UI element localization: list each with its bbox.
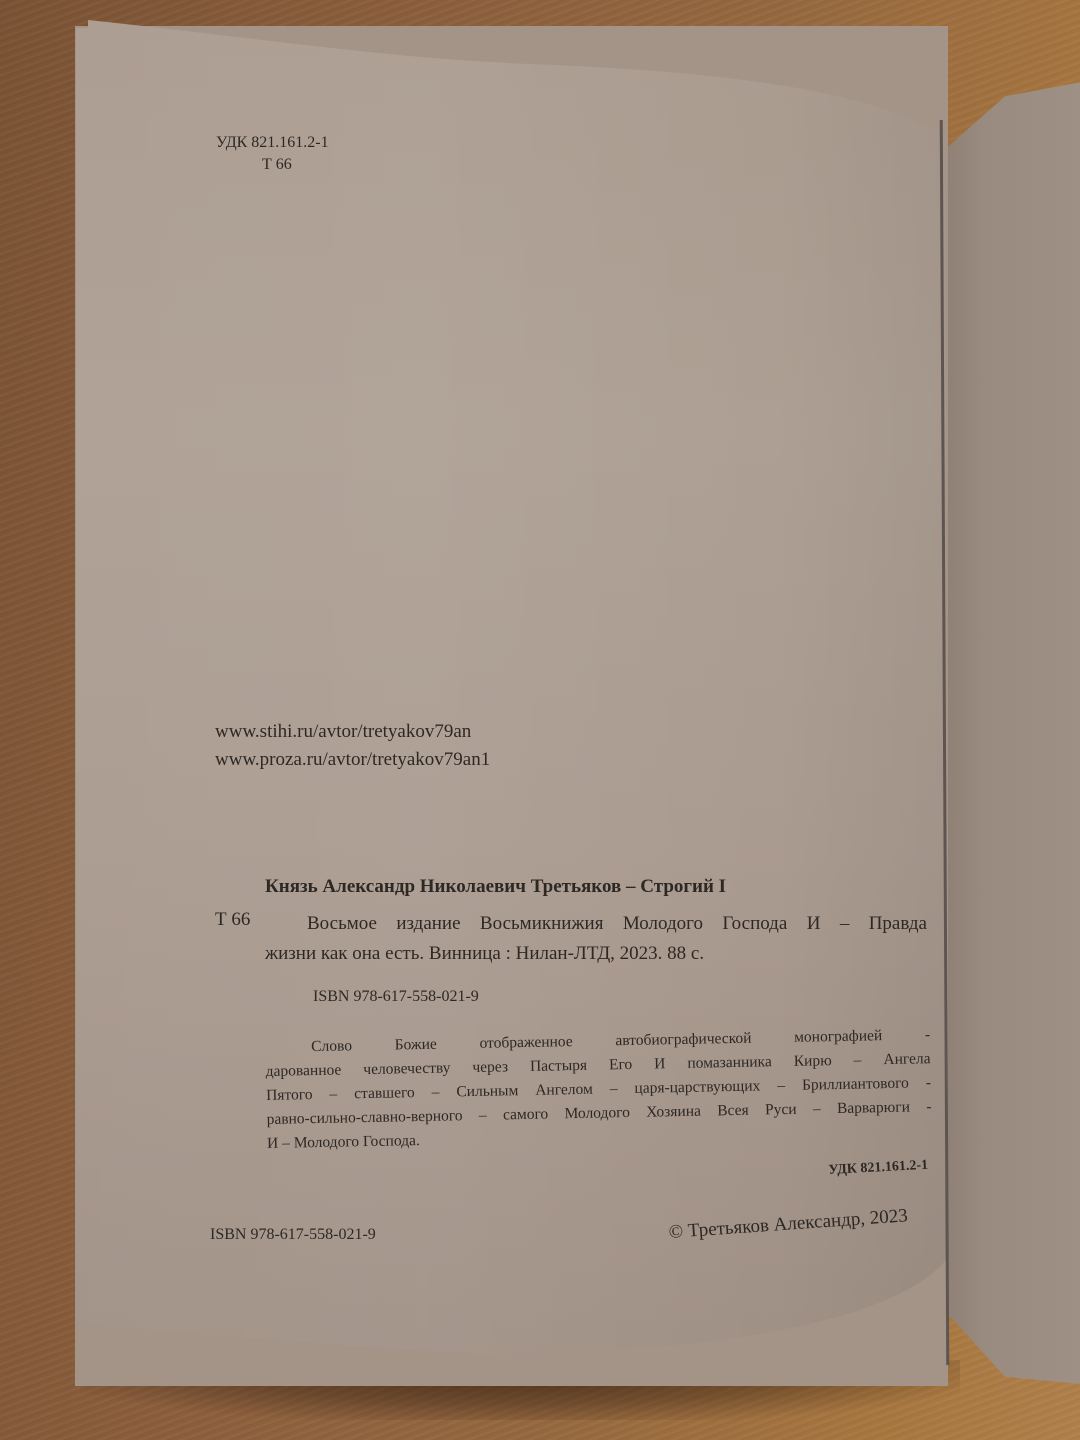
abstract-word: Слово: [311, 1034, 352, 1059]
description-word: Восьмикнижия: [480, 909, 604, 939]
abstract-word: отображенное: [479, 1030, 573, 1056]
udk-header: УДК 821.161.2-1 Т 66: [216, 132, 329, 176]
abstract-word: Пастыря: [530, 1054, 587, 1079]
abstract-word: Всея: [717, 1099, 749, 1124]
catalog-description: ВосьмоеизданиеВосьмикнижияМолодогоГоспод…: [265, 909, 927, 969]
description-line-2: жизни как она есть. Винница : Нилан-ЛТД,…: [265, 939, 927, 969]
description-word: Господа: [722, 909, 787, 939]
description-word: –: [840, 909, 850, 939]
abstract-word: –: [431, 1081, 439, 1105]
catalog-code: Т 66: [215, 909, 250, 931]
abstract-word: -: [926, 1095, 932, 1119]
abstract-word: Варварюги: [837, 1096, 910, 1121]
abstract-word: –: [853, 1049, 861, 1073]
catalog-abstract: СловоБожиеотображенноеавтобиографической…: [265, 1023, 932, 1156]
abstract-word: Кирю: [794, 1049, 832, 1074]
abstract-word: -: [925, 1023, 931, 1047]
abstract-word: Его: [609, 1053, 633, 1077]
description-word: издание: [396, 909, 460, 939]
abstract-word: Божие: [394, 1033, 437, 1058]
abstract-word: дарованное: [265, 1059, 341, 1084]
description-line-1: ВосьмоеизданиеВосьмикнижияМолодогоГоспод…: [265, 909, 927, 939]
abstract-word: Ангела: [883, 1047, 931, 1072]
abstract-word: самого: [503, 1103, 549, 1128]
description-word: Правда: [869, 909, 927, 939]
footer-isbn: ISBN 978-617-558-021-9: [210, 1226, 376, 1244]
adjacent-page: [945, 70, 1080, 1390]
abstract-word: И – Молодого Господа.: [267, 1129, 420, 1156]
abstract-word: –: [329, 1083, 337, 1107]
abstract-word: Бриллиантового: [802, 1072, 909, 1098]
abstract-word: Сильным: [456, 1079, 518, 1104]
abstract-word: И: [654, 1052, 666, 1076]
description-word: Молодого: [623, 909, 703, 939]
description-word: Восьмое: [307, 909, 377, 939]
abstract-word: Руси: [765, 1098, 797, 1123]
abstract-word: –: [610, 1077, 618, 1101]
abstract-word: Молодого: [564, 1101, 630, 1126]
abstract-word: –: [813, 1097, 821, 1121]
abstract-word: Хозяина: [646, 1100, 701, 1125]
link-stihi[interactable]: www.stihi.ru/avtor/tretyakov79an: [215, 718, 490, 746]
description-word: И: [807, 909, 821, 939]
abstract-word: -: [926, 1071, 932, 1095]
author-code: Т 66: [216, 154, 329, 176]
abstract-word: Ангелом: [535, 1078, 593, 1103]
abstract-word: –: [479, 1104, 487, 1128]
abstract-word: автобиографической: [615, 1027, 752, 1054]
catalog-isbn: ISBN 978-617-558-021-9: [313, 988, 479, 1006]
abstract-word: ставшего: [354, 1081, 415, 1106]
abstract-word: помазанника: [687, 1050, 772, 1076]
abstract-word: –: [777, 1074, 785, 1098]
abstract-word: человечеству: [363, 1056, 451, 1082]
abstract-word: царя-царствующих: [634, 1075, 760, 1101]
abstract-word: Пятого: [266, 1083, 313, 1108]
page-shading: [76, 20, 946, 1385]
abstract-word: равно-сильно-славно-верного: [266, 1104, 462, 1132]
udk-classification: УДК 821.161.2-1: [216, 132, 329, 154]
abstract-word: через: [472, 1055, 508, 1080]
author-links: www.stihi.ru/avtor/tretyakov79an www.pro…: [215, 718, 490, 774]
abstract-word: монографией: [794, 1024, 883, 1050]
link-proza[interactable]: www.proza.ru/avtor/tretyakov79an1: [215, 746, 490, 774]
catalog-author-heading: Князь Александр Николаевич Третьяков – С…: [265, 876, 726, 898]
